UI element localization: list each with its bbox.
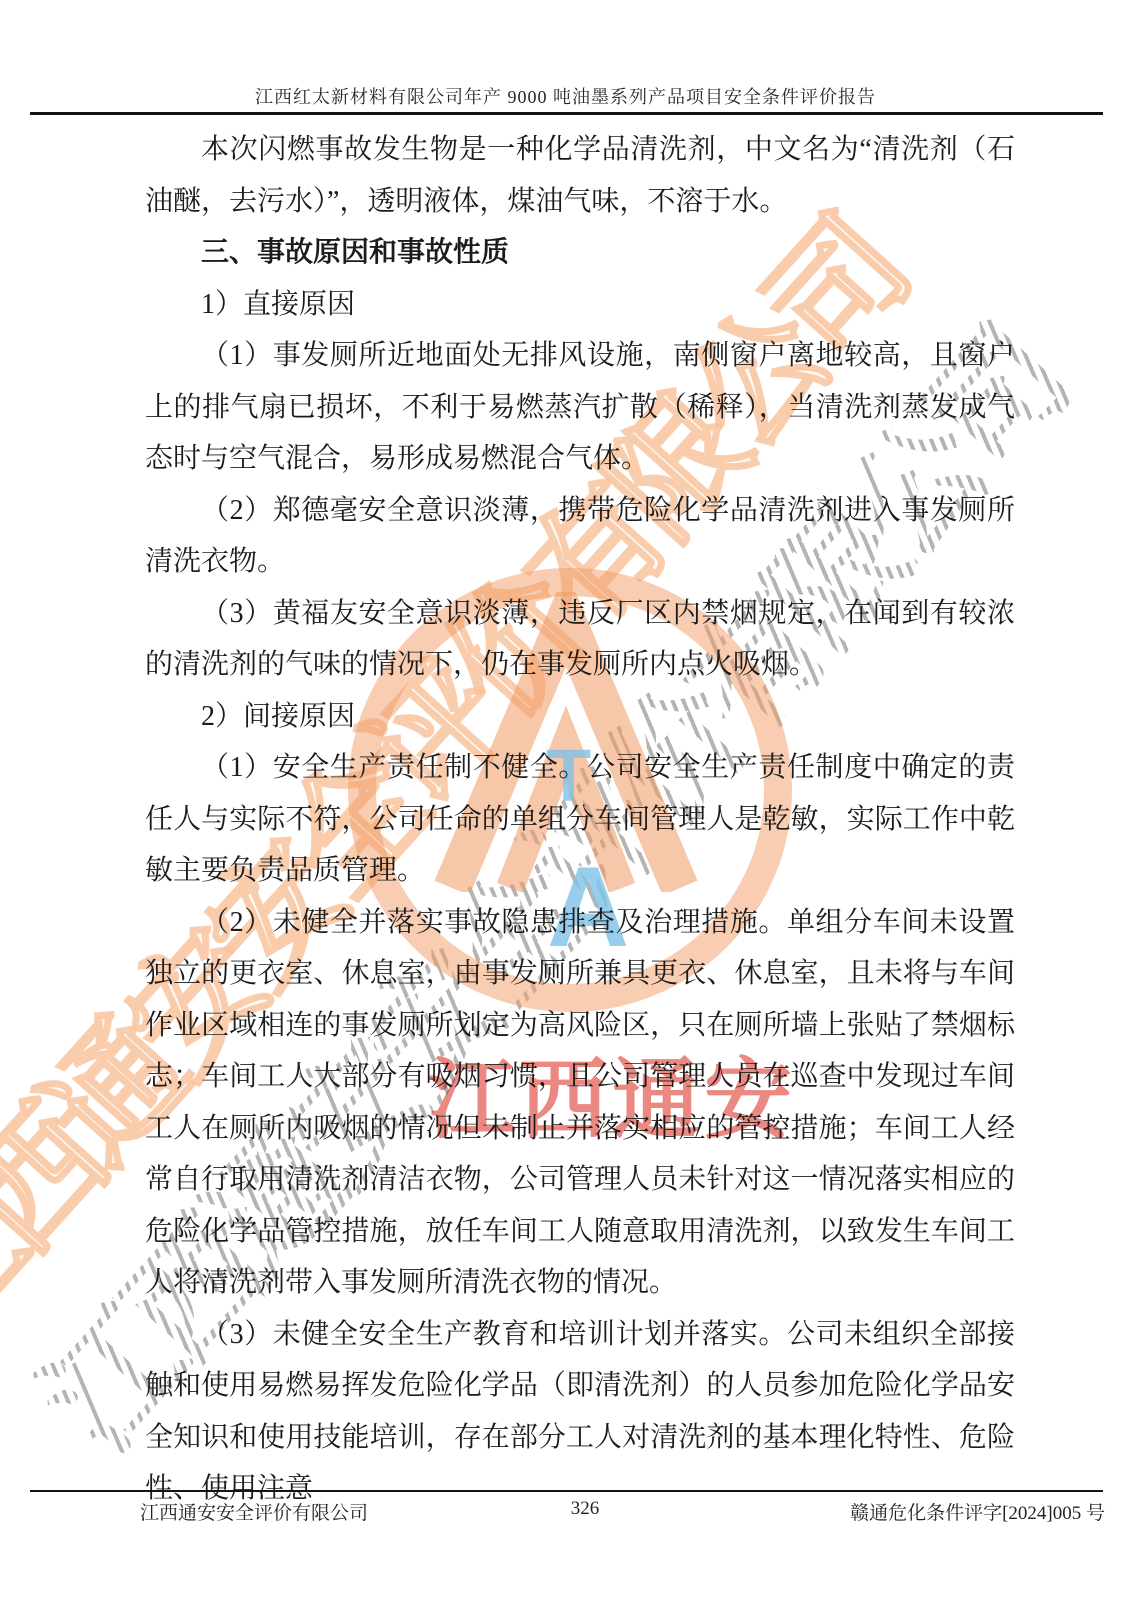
body-paragraph: （3）未健全安全生产教育和培训计划并落实。公司未组织全部接触和使用易燃易挥发危险… <box>145 1309 1015 1515</box>
body-paragraph: （2）未健全并落实事故隐患排查及治理措施。单组分车间未设置独立的更衣室、休息室，… <box>145 897 1015 1309</box>
body-paragraph: （1）安全生产责任制不健全。公司安全生产责任制度中确定的责任人与实际不符，公司任… <box>145 742 1015 897</box>
footer-rule <box>30 1490 1103 1492</box>
list-heading: 2）间接原因 <box>145 691 1015 743</box>
document-page: 江西通安安全评价有限公司 江西通安安全评价有限公司 T A 江西通安 江西红太新… <box>0 0 1131 1600</box>
body-paragraph: （2）郑德毫安全意识淡薄，携带危险化学品清洗剂进入事发厕所清洗衣物。 <box>145 485 1015 588</box>
page-header-title: 江西红太新材料有限公司年产 9000 吨油墨系列产品项目安全条件评价报告 <box>0 83 1131 109</box>
body-paragraph: 本次闪燃事故发生物是一种化学品清洗剂，中文名为“清洗剂（石油醚，去污水）”，透明… <box>145 124 1015 227</box>
document-body: 本次闪燃事故发生物是一种化学品清洗剂，中文名为“清洗剂（石油醚，去污水）”，透明… <box>145 124 1015 1515</box>
section-heading: 三、事故原因和事故性质 <box>145 227 1015 279</box>
page-footer: 江西通安安全评价有限公司 326 赣通危化条件评字[2024]005 号 <box>140 1498 1105 1528</box>
list-heading: 1）直接原因 <box>145 279 1015 331</box>
footer-doc-number: 赣通危化条件评字[2024]005 号 <box>850 1498 1105 1525</box>
body-paragraph: （1）事发厕所近地面处无排风设施，南侧窗户离地较高，且窗户上的排气扇已损坏，不利… <box>145 330 1015 485</box>
header-rule <box>30 112 1103 115</box>
body-paragraph: （3）黄福友安全意识淡薄，违反厂区内禁烟规定，在闻到有较浓的清洗剂的气味的情况下… <box>145 588 1015 691</box>
